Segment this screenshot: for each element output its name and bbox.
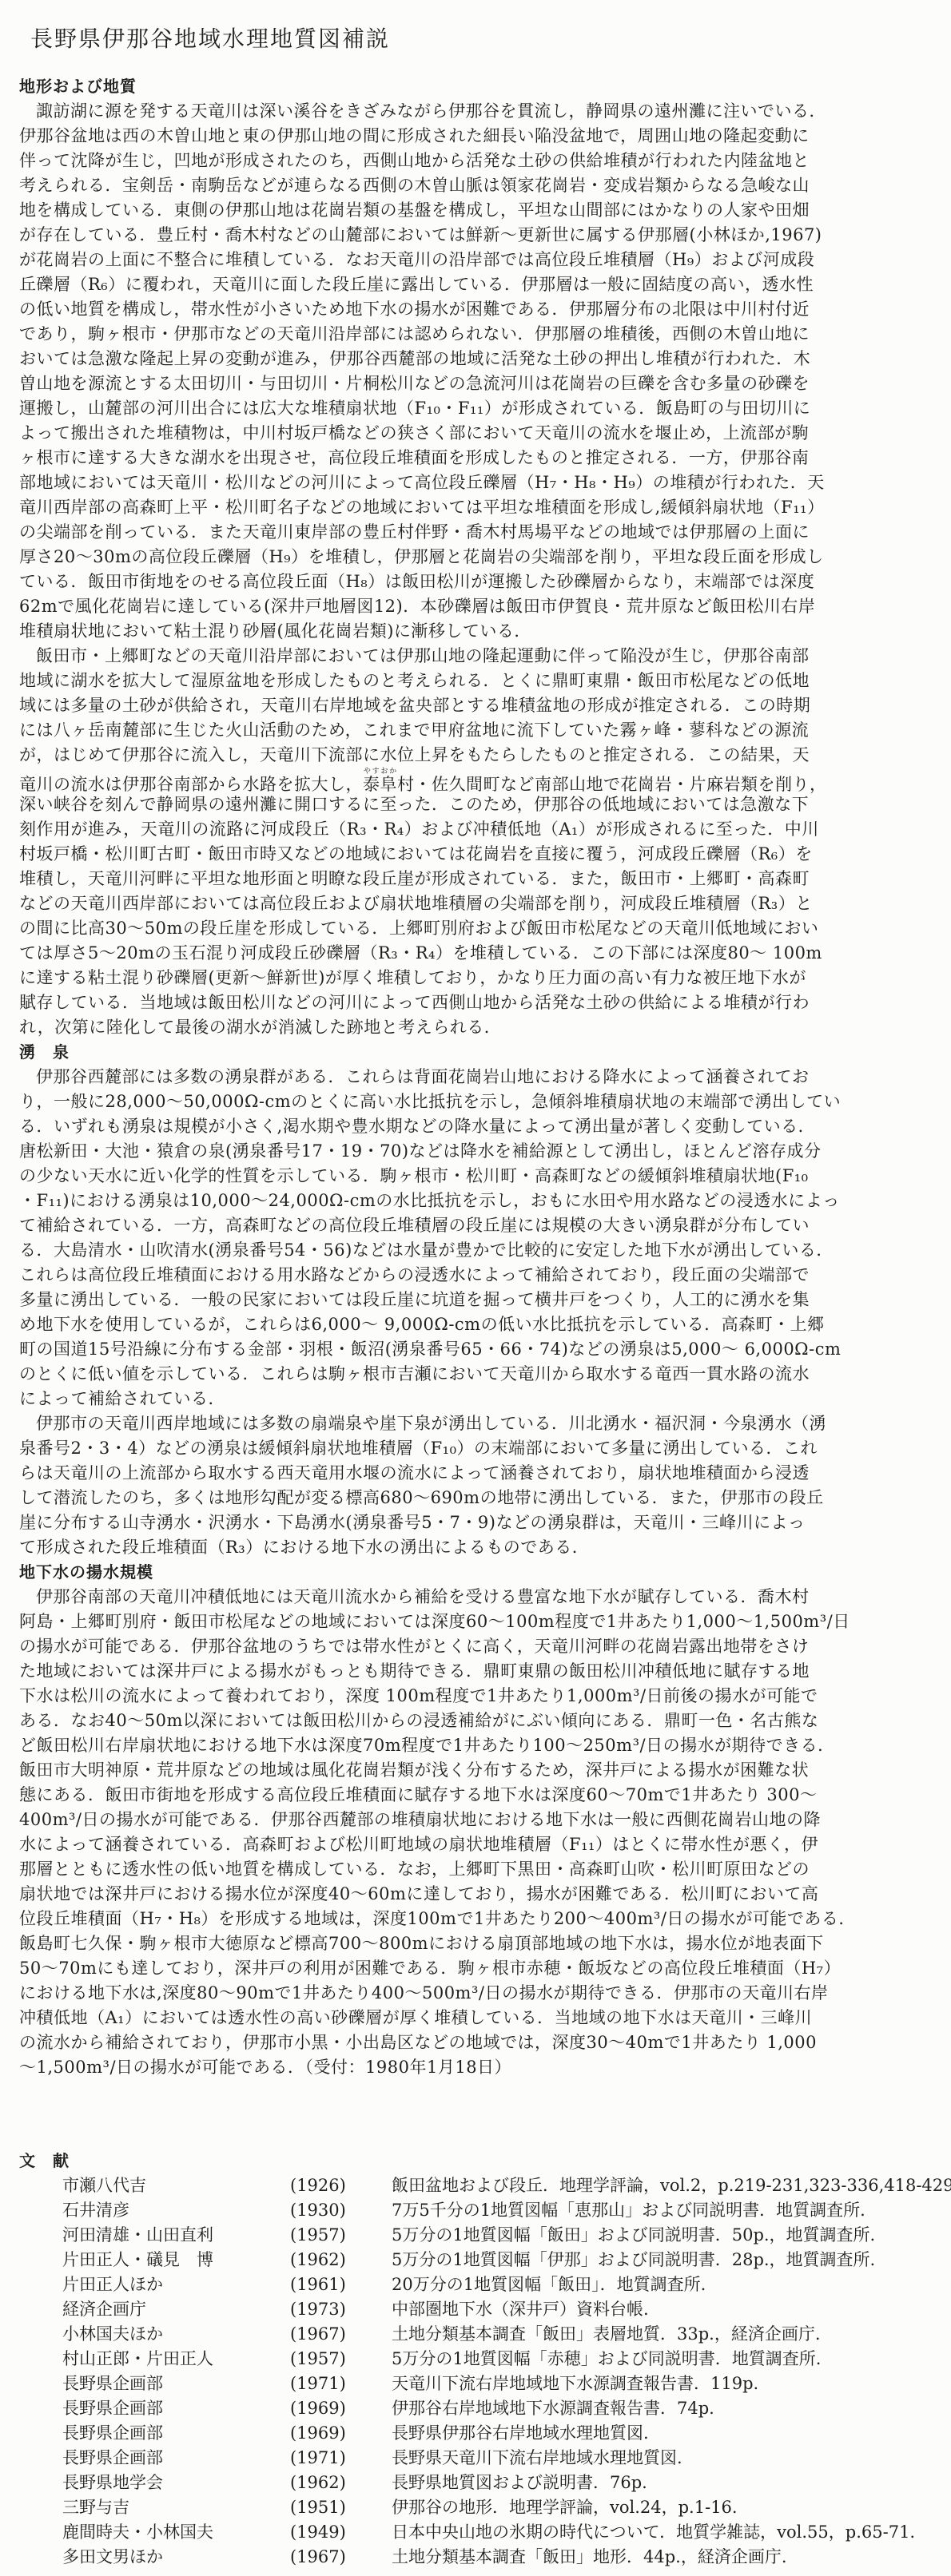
text-line: 域には多量の土砂が供給され，天竜川右岸地域を盆央部とする堆積盆地の形成が推定され… [19,693,935,718]
text-line: の低い地質を構成し，帯水性が小さいため地下水の揚水が困難である．伊那層分布の北限… [19,297,935,322]
reference-year: (1961) [290,2272,392,2297]
text-line: 部地域においては天竜川・松川などの河川によって高位段丘礫層（H₇・H₈・H₉）の… [19,470,935,495]
reference-author: 鹿間時夫・小林国夫 [62,2520,290,2545]
text-line: 阿島・上郷町別府・飯田市松尾などの地域においては深度60〜100m程度で1井あた… [19,1610,935,1634]
text-line: の流水から補給されており，伊那市小黒・小出島区などの地域では，深度30〜40mで… [19,2030,935,2055]
text-line: 冲積低地（A₁）においては透水性の高い砂礫層が厚く堆積している．当地域の地下水は… [19,2006,935,2030]
text-line: して潜流したのち，多くは地形勾配が変る標高680〜690mの地帯に湧出している．… [19,1486,935,1510]
reference-detail: 5万分の1地質図幅「飯田」および同説明書．50p.，地質調査所. [392,2223,935,2248]
text-line: た地域においては深井戸による揚水がもっとも期待できる．鼎町東鼎の飯田松川冲積低地… [19,1659,935,1684]
text-line: 伊那市の天竜川西岸地域には多数の扇端泉や崖下泉が湧出している．川北湧水・福沢洞・… [19,1411,935,1436]
reference-year: (1971) [290,2446,392,2471]
text-line: の少ない天水に近い化学的性質を示している．駒ヶ根市・松川町・高森町などの緩傾斜堆… [19,1164,935,1189]
text-line: 飯島町七久保・駒ヶ根市大徳原など標高700〜800mにおける扇頂部地域の地下水は… [19,1931,935,1956]
references-heading: 文 献 [19,2149,935,2173]
reference-detail: 長野県地質図および説明書．76p. [392,2471,935,2495]
text-line: 50〜70mにも達しており，深井戸の利用が困難である．駒ヶ根市赤穂・飯坂などの高… [19,1956,935,1981]
text-line: 唐松新田・大池・猿倉の泉(湧泉番号17・19・70)などは降水を補給源として湧出… [19,1139,935,1164]
reference-year: (1973) [290,2297,392,2322]
document-page: 長野県伊那谷地域水理地質図補説 地形および地質諏訪湖に源を発する天竜川は深い溪谷… [0,0,951,2570]
section-heading: 湧 泉 [19,1040,935,1065]
text-line: 伴って沈降が生じ，凹地が形成されたのち，西側山地から活発な土砂の供給堆積が行われ… [19,149,935,173]
page-title: 長野県伊那谷地域水理地質図補説 [30,26,935,52]
text-line: 諏訪湖に源を発する天竜川は深い溪谷をきざみながら伊那谷を貫流し，静岡県の遠州灘に… [19,99,935,124]
reference-row: 村山正郎・片田正人(1957)5万分の1地質図幅「赤穂」および同説明書．地質調査… [19,2347,935,2372]
reference-row: 長野県企画部(1971)天竜川下流右岸地域地下水源調査報告書．119p. [19,2372,935,2396]
reference-year: (1926) [290,2173,392,2198]
reference-detail: 土地分類基本調査「飯田」地形．44p.，経済企画庁. [392,2545,935,2570]
text-line: には八ヶ岳南麓部に生じた火山活動のため，これまで甲府盆地に流下していた霧ヶ峰・蓼… [19,718,935,743]
reference-year: (1967) [290,2322,392,2347]
text-line: 刻作用が進み，天竜川の流路に河成段丘（R₃・R₄）および冲積低地（A₁）が形成さ… [19,817,935,842]
text-line: 賦存している．当地域は飯田松川などの河川によって西側山地から活発な土砂の供給によ… [19,990,935,1015]
reference-row: 小林国夫ほか(1967)土地分類基本調査「飯田」表層地質．33p.，経済企画庁. [19,2322,935,2347]
text-line: ヶ根市に達する大きな湖水を出現させ，高位段丘堆積面を形成したものと推定される．一… [19,446,935,470]
text-line: 竜川の流水は伊那谷南部から水路を拡大し，泰阜やすおか村・佐久間町など南部山地で花… [19,768,935,792]
reference-row: 長野県企画部(1969)伊那谷右岸地域地下水源調査報告書．74p. [19,2396,935,2421]
reference-detail: 中部圏地下水（深井戸）資料台帳. [392,2297,935,2322]
reference-year: (1969) [290,2421,392,2446]
text-line: 泉番号2・3・4）などの湧泉は緩傾斜扇状地堆積層（F₁₀）の末端部において多量に… [19,1436,935,1461]
text-line: であり，駒ヶ根市・伊那市などの天竜川沿岸部には認められない．伊那層の堆積後，西側… [19,322,935,347]
reference-detail: 5万分の1地質図幅「伊那」および同説明書．28p.，地質調査所. [392,2248,935,2272]
text-line: 丘礫層（R₆）に覆われ，天竜川に面した段丘崖に露出している．伊那層は一般に固結度… [19,272,935,297]
reference-detail: 伊那谷の地形．地理学評論，vol.24，p.1-16. [392,2495,935,2520]
reference-row: 市瀬八代吉(1926)飯田盆地および段丘．地理学評論，vol.2，p.219-2… [19,2173,935,2198]
reference-detail: 5万分の1地質図幅「赤穂」および同説明書．地質調査所. [392,2347,935,2372]
reference-author: 市瀬八代吉 [62,2173,290,2198]
reference-row: 河田清雄・山田直利(1957)5万分の1地質図幅「飯田」および同説明書．50p.… [19,2223,935,2248]
reference-author: 多田文男ほか [62,2545,290,2570]
reference-row: 石井清彦(1930)7万5千分の1地質図幅「恵那山」および同説明書．地質調査所. [19,2198,935,2223]
text-line: ては厚さ5〜20mの玉石混り河成段丘砂礫層（R₃・R₄）を堆積している．この下部… [19,941,935,966]
reference-detail: 7万5千分の1地質図幅「恵那山」および同説明書．地質調査所. [392,2198,935,2223]
reference-year: (1969) [290,2396,392,2421]
reference-author: 長野県地学会 [62,2471,290,2495]
reference-detail: 長野県伊那谷右岸地域水理地質図. [392,2421,935,2446]
text-line: よって搬出された堆積物は，中川村坂戸橋などの狭さく部において天竜川の流水を堰止め… [19,421,935,446]
reference-row: 長野県企画部(1969)長野県伊那谷右岸地域水理地質図. [19,2421,935,2446]
text-line: 伊那谷盆地は西の木曽山地と東の伊那山地の間に形成された細長い陥没盆地で，周囲山地… [19,124,935,149]
text-line: 飯田市・上郷町などの天竜川沿岸部においては伊那山地の隆起運動に伴って陥没が生じ，… [19,644,935,669]
text-line: 扇状地では深井戸における揚水位が深度40〜60mに達しており，揚水が困難である．… [19,1882,935,1907]
text-line: め地下水を使用しているが，これらは6,000〜 9,000Ω-cmの低い水比抵抗… [19,1312,935,1337]
reference-row: 片田正人ほか(1961)20万分の1地質図幅「飯田」．地質調査所. [19,2272,935,2297]
references-list: 市瀬八代吉(1926)飯田盆地および段丘．地理学評論，vol.2，p.219-2… [19,2173,935,2570]
reference-detail: 伊那谷右岸地域地下水源調査報告書．74p. [392,2396,935,2421]
reference-author: 経済企画庁 [62,2297,290,2322]
reference-row: 鹿間時夫・小林国夫(1949)日本中央山地の氷期の時代について．地質学雑誌，vo… [19,2520,935,2545]
text-line: の間に比高30〜50mの段丘崖を形成している．上郷町別府および飯田市松尾などの天… [19,916,935,941]
reference-row: 三野与吉(1951)伊那谷の地形．地理学評論，vol.24，p.1-16. [19,2495,935,2520]
text-line: らは天竜川の上流部から取水する西天竜用水堰の流水によって涵養されており，扇状地堆… [19,1461,935,1486]
text-line: 堆積し，天竜川河畔に平坦な地形面と明瞭な段丘崖が形成されている．また，飯田市・上… [19,867,935,891]
text-line: が存在している．豊丘村・喬木村などの山麓部においては鮮新〜更新世に属する伊那層(… [19,223,935,248]
text-line: に達する粘土混り砂礫層(更新〜鮮新世)が厚く堆積しており，かなり圧力面の高い有力… [19,966,935,990]
text-line: て形成された段丘堆積面（R₃）における地下水の湧出によるものである． [19,1535,935,1560]
reference-author: 長野県企画部 [62,2446,290,2471]
text-line: の尖端部を削っている．また天竜川東岸部の豊丘村伴野・喬木村馬場平などの地域では伊… [19,520,935,545]
reference-detail: 天竜川下流右岸地域地下水源調査報告書．119p. [392,2372,935,2396]
reference-author: 長野県企画部 [62,2396,290,2421]
text-line: 〜1,500m³/日の揚水が可能である．（受付：1980年1月18日） [19,2055,935,2080]
reference-author: 長野県企画部 [62,2421,290,2446]
section-heading: 地下水の揚水規模 [19,1560,935,1585]
text-line: 曽山地を源流とする太田切川・与田切川・片桐松川などの急流河川は花崗岩の巨礫を含む… [19,371,935,396]
sections: 地形および地質諏訪湖に源を発する天竜川は深い溪谷をきざみながら伊那谷を貫流し，静… [19,74,935,2080]
text-line: ど飯田松川右岸扇状地における地下水は深度70m程度で1井あたり100〜250m³… [19,1733,935,1758]
reference-author: 三野与吉 [62,2495,290,2520]
reference-year: (1957) [290,2223,392,2248]
text-line: 位段丘堆積面（H₇・H₈）を形成する地域は，深度100mで1井あたり200〜40… [19,1907,935,1931]
reference-year: (1962) [290,2471,392,2495]
text-line: 水によって涵養されている．高森町および松川町地域の扇状地堆積層（F₁₁）はとくに… [19,1832,935,1857]
reference-detail: 長野県天竜川下流右岸地域水理地質図. [392,2446,935,2471]
text-line: 伊那谷南部の天竜川冲積低地には天竜川流水から補給を受ける豊富な地下水が賦存してい… [19,1585,935,1610]
text-line: などの天竜川西岸部においては高位段丘および扇状地堆積層の尖端部を削り，河成段丘堆… [19,891,935,916]
reference-author: 片田正人・礒見 博 [62,2248,290,2272]
text-line: 堆積扇状地において粘土混り砂層(風化花崗岩類)に漸移している． [19,619,935,644]
text-line: における地下水は,深度80〜90mで1井あたり400〜500m³/日の揚水が期待… [19,1981,935,2006]
text-line: 那層とともに透水性の低い地質を構成している．なお，上郷町下黒田・高森町山吹・松川… [19,1857,935,1882]
text-line: ある．なお40〜50m以深においては飯田松川からの浸透補給がにぶい傾向にある．鼎… [19,1709,935,1733]
reference-row: 片田正人・礒見 博(1962)5万分の1地質図幅「伊那」および同説明書．28p.… [19,2248,935,2272]
text-line: のとくに低い値を示している．これらは駒ヶ根市吉瀬において天竜川から取水する竜西一… [19,1362,935,1387]
reference-author: 片田正人ほか [62,2272,290,2297]
reference-year: (1962) [290,2248,392,2272]
text-line: 62mで風化花崗岩に達している(深井戸地層図12)．本砂礫層は飯田市伊賀良・荒井… [19,594,935,619]
text-line: によって補給されている． [19,1387,935,1411]
text-line: 飯田市大明神原・荒井原などの地域は風化花崗岩類が浅く分布するため，深井戸による揚… [19,1758,935,1783]
text-line: 下水は松川の流水によって養われており，深度 100m程度で1井あたり1,000m… [19,1684,935,1709]
text-line: れ，次第に陸化して最後の湖水が消滅した跡地と考えられる． [19,1015,935,1040]
reference-year: (1957) [290,2347,392,2372]
text-line: おいては急激な隆起上昇の変動が進み，伊那谷西麓部の地域に活発な土砂の押出し堆積が… [19,347,935,371]
text-line: り，一般に28,000〜50,000Ω-cmのとくに高い水比抵抗を示し，急傾斜堆… [19,1090,935,1114]
text-line: 態にある．飯田市街地を形成する高位段丘堆積面に賦存する地下水は深度60〜70mで… [19,1783,935,1808]
reference-year: (1949) [290,2520,392,2545]
text-line: 400m³/日の揚水が可能である．伊那谷西麓部の堆積扇状地における地下水は一般に… [19,1808,935,1832]
reference-year: (1967) [290,2545,392,2570]
reference-row: 経済企画庁(1973)中部圏地下水（深井戸）資料台帳. [19,2297,935,2322]
text-line: これらは高位段丘堆積面における用水路などからの浸透水によって補給されており，段丘… [19,1263,935,1288]
reference-author: 石井清彦 [62,2198,290,2223]
text-line: 深い峡谷を刻んで静岡県の遠州灘に開口するに至った．このため，伊那谷の低地域におい… [19,792,935,817]
text-line: 町の国道15号沿線に分布する金部・羽根・飯沼(湧泉番号65・66・74)などの湧… [19,1337,935,1362]
reference-row: 長野県企画部(1971)長野県天竜川下流右岸地域水理地質図. [19,2446,935,2471]
text-line: 村坂戸橋・松川町古町・飯田市時又などの地域においては花崗岩を直接に覆う，河成段丘… [19,842,935,867]
reference-detail: 飯田盆地および段丘．地理学評論，vol.2，p.219-231,323-336,… [392,2173,951,2198]
text-line: て補給されている．一方，高森町などの高位段丘堆積層の段丘崖には規模の大きい湧泉群… [19,1213,935,1238]
reference-author: 長野県企画部 [62,2372,290,2396]
text-line: 竜川西岸部の高森町上平・松川町名子などの地域においては平坦な堆積面を形成し,緩傾… [19,495,935,520]
text-line: 厚さ20〜30mの高位段丘礫層（H₉）を堆積し，伊那層と花崗岩の尖端部を削り，平… [19,545,935,570]
text-line: 伊那谷西麓部には多数の湧泉群がある．これらは背面花崗岩山地における降水によって涵… [19,1065,935,1090]
reference-row: 長野県地学会(1962)長野県地質図および説明書．76p. [19,2471,935,2495]
text-line: る．大島清水・山吹清水(湧泉番号54・56)などは水量が豊かで比較的に安定した地… [19,1238,935,1263]
reference-detail: 20万分の1地質図幅「飯田」．地質調査所. [392,2272,935,2297]
reference-author: 村山正郎・片田正人 [62,2347,290,2372]
text-line: が，はじめて伊那谷に流入し，天竜川下流部に水位上昇をもたらしたものと推定される．… [19,743,935,768]
text-line: の揚水が可能である．伊那谷盆地のうちでは帯水性がとくに高く，天竜川河畔の花崗岩露… [19,1634,935,1659]
reference-year: (1971) [290,2372,392,2396]
text-line: る．いずれも湧泉は規模が小さく,渇水期や豊水期などの降水量によって湧出量が著しく… [19,1114,935,1139]
reference-row: 多田文男ほか(1967)土地分類基本調査「飯田」地形．44p.，経済企画庁. [19,2545,935,2570]
text-line: 崖に分布する山寺湧水・沢湧水・下島湧水(湧泉番号5・7・9)などの湧泉群は，天竜… [19,1510,935,1535]
reference-year: (1930) [290,2198,392,2223]
text-line: 多量に湧出している．一般の民家においては段丘崖に坑道を掘って横井戸をつくり，人工… [19,1288,935,1312]
reference-detail: 日本中央山地の氷期の時代について．地質学雑誌，vol.55，p.65-71. [392,2520,935,2545]
text-line: 考えられる．宝剣岳・南駒岳などが連らなる西側の木曽山脈は領家花崗岩・変成岩類から… [19,173,935,198]
text-line: 運搬し，山麓部の河川出合には広大な堆積扇状地（F₁₀・F₁₁）が形成されている．… [19,396,935,421]
ruby-annotation: 泰阜やすおか [363,775,397,794]
reference-detail: 土地分類基本調査「飯田」表層地質．33p.，経済企画庁. [392,2322,935,2347]
reference-year: (1951) [290,2495,392,2520]
reference-author: 小林国夫ほか [62,2322,290,2347]
text-line: 地域に湖水を拡大して湿原盆地を形成したものと考えられる．とくに鼎町東鼎・飯田市松… [19,669,935,693]
text-line: 地を構成している．東側の伊那山地は花崗岩類の基盤を構成し，平坦な山間部にはかなり… [19,198,935,223]
text-line: ている．飯田市街地をのせる高位段丘面（H₈）は飯田松川が運搬した砂礫層からなり，… [19,570,935,594]
references: 文 献 市瀬八代吉(1926)飯田盆地および段丘．地理学評論，vol.2，p.2… [19,2149,935,2570]
text-line: が花崗岩の上面に不整合に堆積している．なお天竜川の沿岸部では高位段丘堆積層（H₉… [19,248,935,272]
text-line: ・F₁₁)における湧泉は10,000〜24,000Ω-cmの水比抵抗を示し，おも… [19,1189,935,1213]
section-heading: 地形および地質 [19,74,935,99]
reference-author: 河田清雄・山田直利 [62,2223,290,2248]
